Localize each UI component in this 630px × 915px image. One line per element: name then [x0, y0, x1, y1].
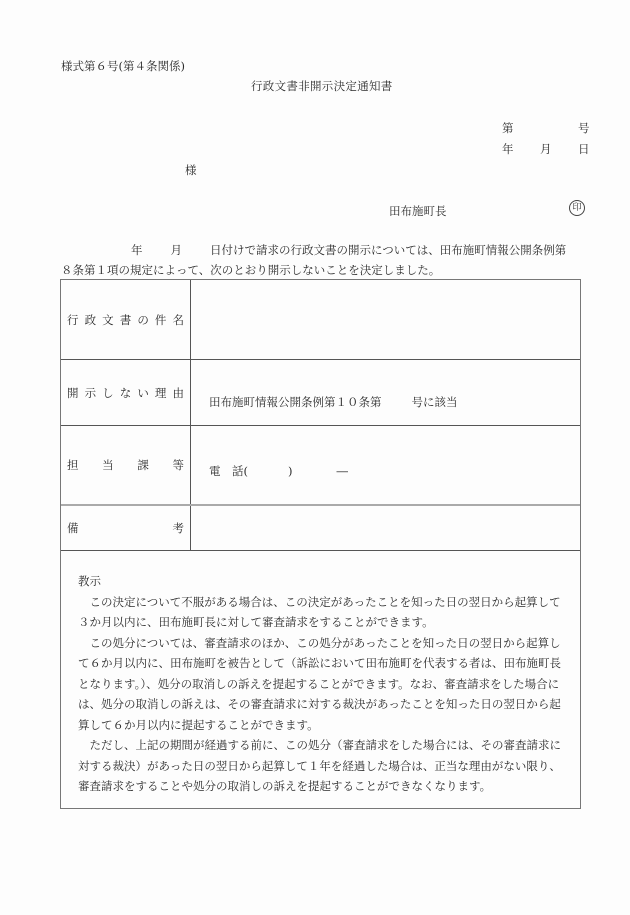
- notice-paragraph-3: ただし、上記の期間が経過する前に、この処分（審査請求をした場合には、その審査請求…: [78, 735, 568, 797]
- issuer-name: 田布施町長: [389, 203, 447, 219]
- doc-number-suffix: 号: [578, 120, 590, 136]
- label-char: 書: [120, 312, 132, 328]
- label-char: し: [102, 385, 114, 401]
- label-char: 課: [137, 457, 149, 473]
- label-char: 行: [67, 312, 79, 328]
- table-row-remarks: 備 考: [61, 506, 580, 551]
- decision-table: 行 政 文 書 の 件 名 開 示 し な い 理 由 田布施町情報公開条: [60, 279, 581, 809]
- label-char: 由: [172, 385, 184, 401]
- label-document-name: 行 政 文 書 の 件 名: [61, 280, 191, 359]
- value-reason: 田布施町情報公開条例第１０条第号に該当: [191, 360, 580, 425]
- label-char: の: [137, 312, 149, 328]
- label-char: 考: [173, 520, 185, 536]
- value-remarks: [191, 506, 580, 550]
- label-char: 名: [172, 312, 184, 328]
- table-row-department: 担 当 課 等 電 話()―: [61, 426, 580, 506]
- label-char: 文: [102, 312, 114, 328]
- addressee-honorific: 様: [185, 162, 197, 178]
- value-department-phone: 電 話()―: [191, 426, 580, 504]
- label-reason: 開 示 し な い 理 由: [61, 360, 191, 425]
- form-number: 様式第６号(第４条関係): [61, 58, 185, 74]
- intro-year: 年: [131, 243, 143, 257]
- label-department: 担 当 課 等: [61, 426, 191, 504]
- label-char: 開: [67, 385, 79, 401]
- phone-dash: ―: [337, 464, 349, 478]
- appeal-notice: 教示 この決定について不服がある場合は、この決定があったことを知った日の翌日から…: [61, 551, 580, 808]
- phone-close-paren: ): [288, 464, 293, 478]
- notice-paragraph-1: この決定について不服がある場合は、この決定があったことを知った日の翌日から起算し…: [78, 592, 568, 633]
- intro-paragraph: 年月日付けで請求の行政文書の開示については、田布施町情報公開条例第 ８条第１項の…: [61, 240, 589, 280]
- label-char: な: [120, 385, 132, 401]
- reason-applies-text: 号に該当: [412, 394, 458, 410]
- label-char: 示: [85, 385, 97, 401]
- document-title: 行政文書非開示決定通知書: [251, 78, 393, 94]
- label-char: い: [137, 385, 149, 401]
- notice-heading: 教示: [78, 571, 568, 592]
- intro-text-2: ８条第１項の規定によって、次のとおり開示しないことを決定しました。: [61, 260, 589, 280]
- value-document-name: [191, 280, 580, 359]
- label-remarks: 備 考: [61, 506, 191, 550]
- reason-article-text: 田布施町情報公開条例第１０条第: [209, 394, 382, 410]
- seal-icon: 印: [569, 200, 585, 216]
- label-char: 等: [172, 457, 184, 473]
- date-day-label: 日: [578, 141, 590, 157]
- table-row-reason: 開 示 し な い 理 由 田布施町情報公開条例第１０条第号に該当: [61, 360, 580, 426]
- date-month-label: 月: [540, 141, 552, 157]
- date-year-label: 年: [502, 141, 514, 157]
- label-char: 備: [67, 520, 79, 536]
- label-char: 当: [102, 457, 114, 473]
- label-char: 政: [85, 312, 97, 328]
- notice-paragraph-2: この処分については、審査請求のほか、この処分があったことを知った日の翌日から起算…: [78, 633, 568, 736]
- table-row-document-name: 行 政 文 書 の 件 名: [61, 280, 580, 360]
- label-char: 理: [155, 385, 167, 401]
- label-char: 担: [67, 457, 79, 473]
- doc-number-prefix: 第: [502, 120, 514, 136]
- phone-label: 電 話(: [209, 463, 248, 479]
- label-char: 件: [155, 312, 167, 328]
- intro-month: 月: [171, 243, 183, 257]
- intro-text-1: 日付けで請求の行政文書の開示については、田布施町情報公開条例第: [210, 243, 566, 257]
